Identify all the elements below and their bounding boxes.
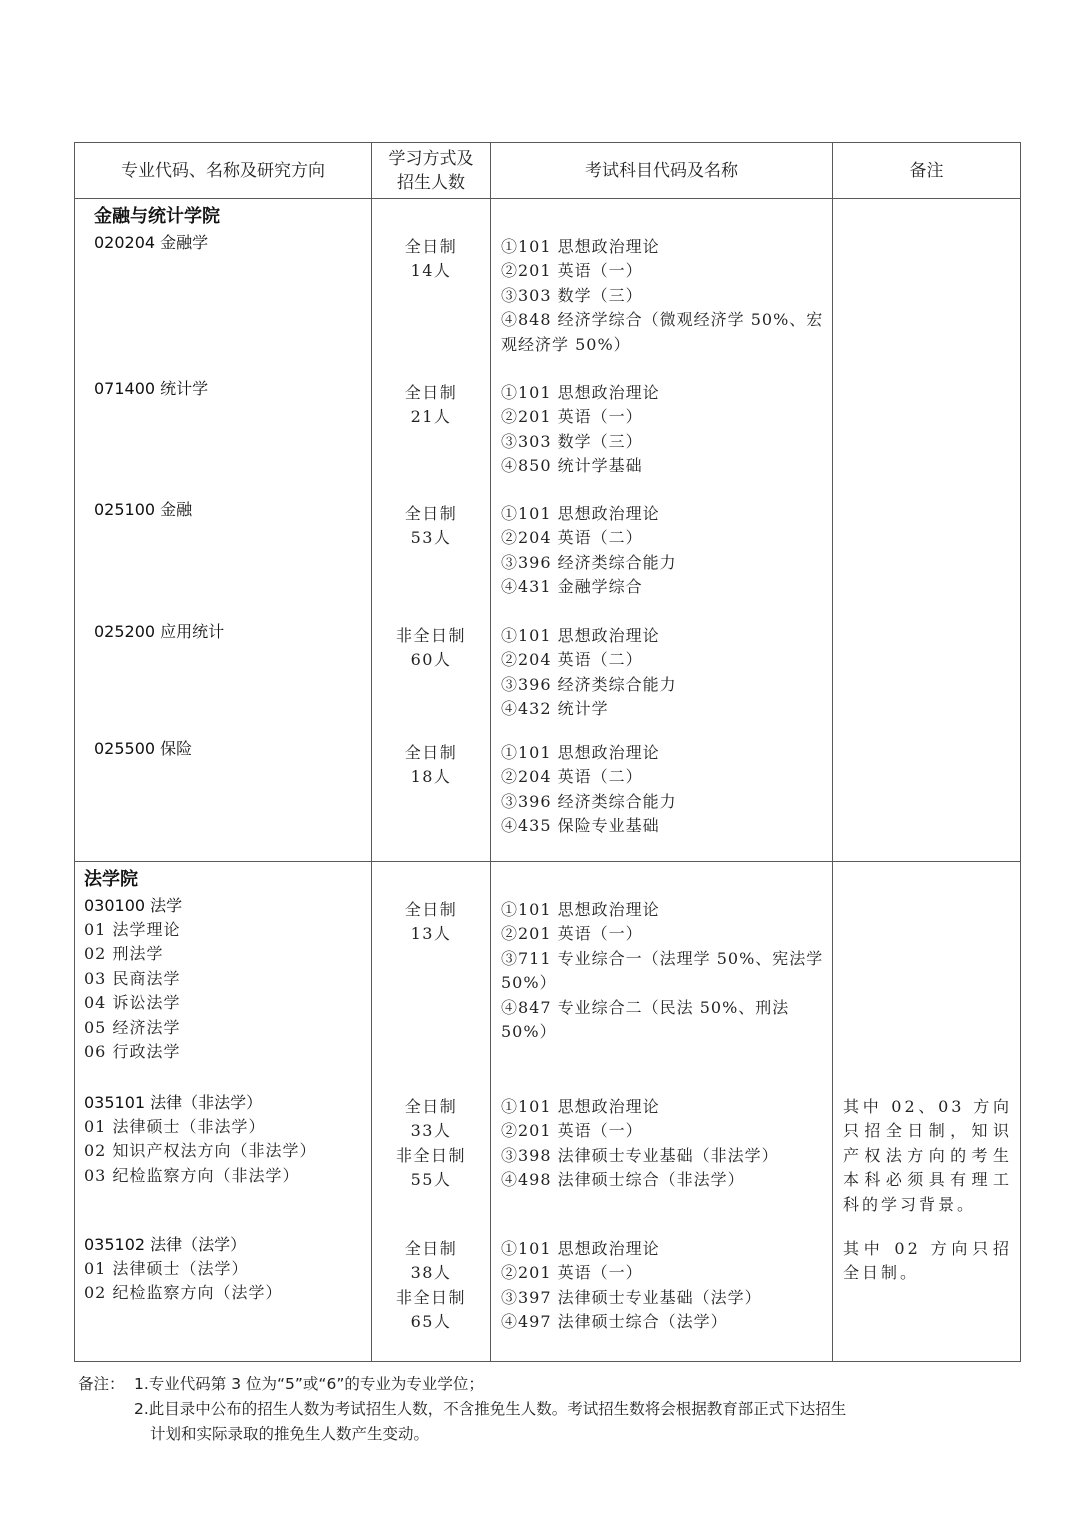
research-direction: 04 诉讼法学 bbox=[84, 991, 371, 1015]
research-direction: 06 行政法学 bbox=[84, 1040, 371, 1064]
enrollment-count: 60人 bbox=[372, 648, 490, 672]
enrollment-count: 21人 bbox=[372, 405, 490, 429]
exam-subject: ②204 英语（二） bbox=[501, 526, 826, 550]
study-mode: 非全日制 bbox=[372, 1286, 490, 1310]
exam-subject: ④498 法律硕士综合（非法学） bbox=[501, 1168, 826, 1192]
mode-cell: 全日制 14人 全日制 21人 全日制 53人 非全日制 60人 bbox=[372, 199, 491, 862]
major-title: 020204 金融学 bbox=[94, 231, 371, 377]
exam-subject: ①101 思想政治理论 bbox=[501, 502, 826, 526]
major-cell: 金融与统计学院 020204 金融学 071400 统计学 025100 金融 … bbox=[75, 199, 372, 862]
remark-text: 其中 02 方向只招全日制。 bbox=[843, 1237, 1012, 1286]
exam-subject: ③396 经济类综合能力 bbox=[501, 790, 826, 814]
exam-subject: ①101 思想政治理论 bbox=[501, 898, 826, 922]
exam-subject: ④847 专业综合二（民法 50%、刑法 50%） bbox=[501, 996, 826, 1045]
footnote-item-continued: 计划和实际录取的推免生人数产生变动。 bbox=[78, 1422, 1018, 1447]
exam-subject: ②204 英语（二） bbox=[501, 765, 826, 789]
study-mode: 全日制 bbox=[372, 502, 490, 526]
study-mode: 全日制 bbox=[372, 381, 490, 405]
notes-cell bbox=[833, 199, 1021, 862]
exam-subject: ③303 数学（三） bbox=[501, 430, 826, 454]
college-name: 金融与统计学院 bbox=[94, 205, 371, 229]
study-mode: 全日制 bbox=[372, 235, 490, 259]
exam-subject: ②201 英语（一） bbox=[501, 1119, 826, 1143]
research-direction: 02 纪检监察方向（法学） bbox=[84, 1281, 371, 1305]
document-page: 专业代码、名称及研究方向 学习方式及 招生人数 考试科目代码及名称 备注 金融与… bbox=[0, 0, 1080, 1516]
header-mode: 学习方式及 招生人数 bbox=[372, 143, 491, 199]
study-mode: 非全日制 bbox=[372, 624, 490, 648]
subjects-cell: ①101 思想政治理论 ②201 英语（一） ③711 专业综合一（法理学 50… bbox=[491, 862, 833, 1362]
enrollment-count: 55人 bbox=[372, 1168, 490, 1192]
exam-subject: ④435 保险专业基础 bbox=[501, 814, 826, 838]
table-row-college-law: 法学院 030100 法学 01 法学理论 02 刑法学 03 民商法学 04 … bbox=[75, 862, 1021, 1362]
study-mode: 非全日制 bbox=[372, 1144, 490, 1168]
major-title: 035102 法律（法学） bbox=[84, 1233, 371, 1257]
enrollment-count: 38人 bbox=[372, 1261, 490, 1285]
enrollment-count: 53人 bbox=[372, 526, 490, 550]
exam-subject: ②201 英语（一） bbox=[501, 405, 826, 429]
mode-cell: 全日制 13人 全日制 33人 非全日制 55人 全日制 38人 非全日制 65… bbox=[372, 862, 491, 1362]
header-notes: 备注 bbox=[833, 143, 1021, 199]
enrollment-count: 14人 bbox=[372, 259, 490, 283]
footnotes: 备注： 1.专业代码第 3 位为“5”或“6”的专业为专业学位； 2.此目录中公… bbox=[78, 1372, 1018, 1447]
header-major: 专业代码、名称及研究方向 bbox=[75, 143, 372, 199]
research-direction: 01 法律硕士（非法学） bbox=[84, 1115, 371, 1139]
major-title: 030100 法学 bbox=[84, 894, 371, 918]
exam-subject: ①101 思想政治理论 bbox=[501, 235, 826, 259]
remark-text: 其中 02、03 方向只招全日制，知识产权法方向的考生本科必须具有理工科的学习背… bbox=[843, 1095, 1012, 1217]
exam-subject: ①101 思想政治理论 bbox=[501, 381, 826, 405]
exam-subject: ④850 统计学基础 bbox=[501, 454, 826, 478]
enrollment-catalog-table: 专业代码、名称及研究方向 学习方式及 招生人数 考试科目代码及名称 备注 金融与… bbox=[74, 142, 1021, 1362]
major-title: 025200 应用统计 bbox=[94, 620, 371, 737]
exam-subject: ④848 经济学综合（微观经济学 50%、宏观经济学 50%） bbox=[501, 308, 826, 357]
header-mode-line1: 学习方式及 bbox=[372, 147, 490, 171]
footnote-label: 备注： bbox=[78, 1372, 134, 1397]
major-title: 071400 统计学 bbox=[94, 377, 371, 498]
notes-cell: 其中 02、03 方向只招全日制，知识产权法方向的考生本科必须具有理工科的学习背… bbox=[833, 862, 1021, 1362]
enrollment-count: 18人 bbox=[372, 765, 490, 789]
exam-subject: ④431 金融学综合 bbox=[501, 575, 826, 599]
exam-subject: ③396 经济类综合能力 bbox=[501, 673, 826, 697]
footnote-item: 1.专业代码第 3 位为“5”或“6”的专业为专业学位； bbox=[134, 1372, 484, 1397]
exam-subject: ②204 英语（二） bbox=[501, 648, 826, 672]
research-direction: 03 民商法学 bbox=[84, 967, 371, 991]
enrollment-count: 13人 bbox=[372, 922, 490, 946]
exam-subject: ①101 思想政治理论 bbox=[501, 624, 826, 648]
enrollment-count: 33人 bbox=[372, 1119, 490, 1143]
major-cell: 法学院 030100 法学 01 法学理论 02 刑法学 03 民商法学 04 … bbox=[75, 862, 372, 1362]
study-mode: 全日制 bbox=[372, 1095, 490, 1119]
study-mode: 全日制 bbox=[372, 741, 490, 765]
college-name: 法学院 bbox=[84, 868, 371, 892]
research-direction: 05 经济法学 bbox=[84, 1016, 371, 1040]
research-direction: 02 知识产权法方向（非法学） bbox=[84, 1139, 371, 1163]
major-title: 035101 法律（非法学） bbox=[84, 1091, 371, 1115]
exam-subject: ③303 数学（三） bbox=[501, 284, 826, 308]
research-direction: 01 法律硕士（法学） bbox=[84, 1257, 371, 1281]
study-mode: 全日制 bbox=[372, 898, 490, 922]
exam-subject: ③396 经济类综合能力 bbox=[501, 551, 826, 575]
research-direction: 03 纪检监察方向（非法学） bbox=[84, 1164, 371, 1188]
footnote-item: 2.此目录中公布的招生人数为考试招生人数，不含推免生人数。考试招生数将会根据教育… bbox=[78, 1397, 1018, 1422]
exam-subject: ②201 英语（一） bbox=[501, 1261, 826, 1285]
exam-subject: ③397 法律硕士专业基础（法学） bbox=[501, 1286, 826, 1310]
research-direction: 01 法学理论 bbox=[84, 918, 371, 942]
exam-subject: ①101 思想政治理论 bbox=[501, 1095, 826, 1119]
exam-subject: ④497 法律硕士综合（法学） bbox=[501, 1310, 826, 1334]
subjects-cell: ①101 思想政治理论 ②201 英语（一） ③303 数学（三） ④848 经… bbox=[491, 199, 833, 862]
enrollment-count: 65人 bbox=[372, 1310, 490, 1334]
header-mode-line2: 招生人数 bbox=[372, 171, 490, 195]
major-title: 025500 保险 bbox=[94, 737, 371, 761]
exam-subject: ②201 英语（一） bbox=[501, 259, 826, 283]
study-mode: 全日制 bbox=[372, 1237, 490, 1261]
exam-subject: ③711 专业综合一（法理学 50%、宪法学 50%） bbox=[501, 947, 826, 996]
exam-subject: ④432 统计学 bbox=[501, 697, 826, 721]
table-row-college-finance: 金融与统计学院 020204 金融学 071400 统计学 025100 金融 … bbox=[75, 199, 1021, 862]
exam-subject: ③398 法律硕士专业基础（非法学） bbox=[501, 1144, 826, 1168]
exam-subject: ①101 思想政治理论 bbox=[501, 741, 826, 765]
table-header-row: 专业代码、名称及研究方向 学习方式及 招生人数 考试科目代码及名称 备注 bbox=[75, 143, 1021, 199]
major-title: 025100 金融 bbox=[94, 498, 371, 620]
exam-subject: ①101 思想政治理论 bbox=[501, 1237, 826, 1261]
exam-subject: ②201 英语（一） bbox=[501, 922, 826, 946]
research-direction: 02 刑法学 bbox=[84, 942, 371, 966]
header-subjects: 考试科目代码及名称 bbox=[491, 143, 833, 199]
